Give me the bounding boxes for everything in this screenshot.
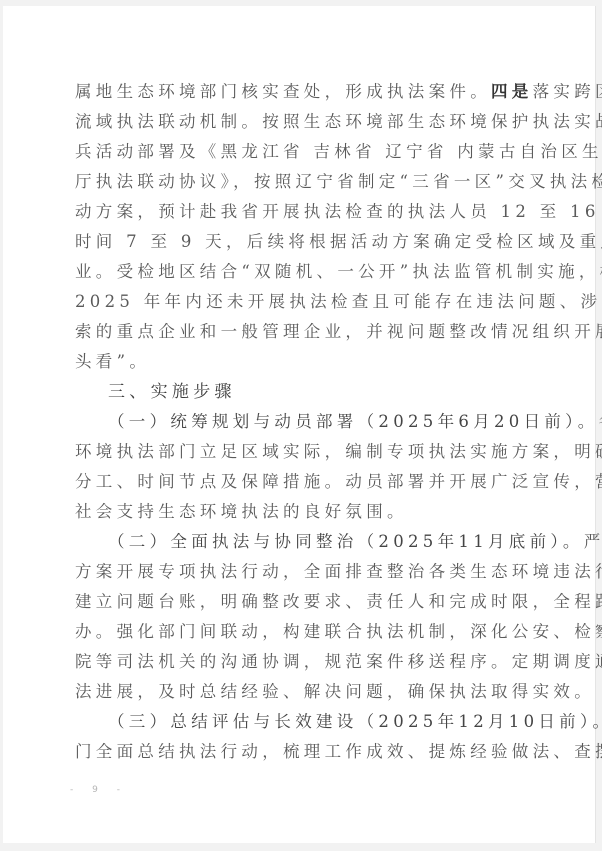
section-heading: 三、实施步骤 xyxy=(75,377,530,407)
bold-lead-text: 四是 xyxy=(491,82,533,101)
step-paragraph-3: （三）总结评估与长效建设（2025年12月10日前）。各级部 门全面总结执法行动… xyxy=(75,707,530,767)
section-heading-text: 三、实施步骤 xyxy=(75,377,530,407)
text-line: 方案开展专项执法行动，全面排查整治各类生态环境违法行为。 xyxy=(75,557,530,587)
step-title: （一）统筹规划与动员部署（2025年6月20日前）。 xyxy=(108,412,599,431)
page-number: - 9 - xyxy=(70,785,128,795)
text-line: （三）总结评估与长效建设（2025年12月10日前）。各级部 xyxy=(75,707,530,737)
text-line: （一）统筹规划与动员部署（2025年6月20日前）。各级生态 xyxy=(75,407,530,437)
text-line: 头看”。 xyxy=(75,347,530,377)
text-line: 业。受检地区结合“双随机、一公开”执法监管机制实施，梳理 xyxy=(75,257,530,287)
text-line: 动方案，预计赴我省开展执法检查的执法人员 12 至 16 名，活动 xyxy=(75,197,530,227)
step-title: （二）全面执法与协同整治（2025年11月底前）。 xyxy=(108,532,584,551)
step-paragraph-1: （一）统筹规划与动员部署（2025年6月20日前）。各级生态 环境执法部门立足区… xyxy=(75,407,530,527)
text-line: 分工、时间节点及保障措施。动员部署并开展广泛宣传，营造全 xyxy=(75,467,530,497)
text-line: 院等司法机关的沟通协调，规范案件移送程序。定期调度通报执 xyxy=(75,647,530,677)
text-line: 属地生态环境部门核实查处，形成执法案件。四是落实跨区域跨 xyxy=(75,77,530,107)
text-segment: 落实跨区域跨 xyxy=(533,82,602,101)
text-line: 厅执法联动协议》，按照辽宁省制定“三省一区”交叉执法检查活 xyxy=(75,167,530,197)
text-line: 建立问题台账，明确整改要求、责任人和完成时限，全程跟踪督 xyxy=(75,587,530,617)
text-line: 兵活动部署及《黑龙江省 吉林省 辽宁省 内蒙古自治区生态环境 xyxy=(75,137,530,167)
document-body: 属地生态环境部门核实查处，形成执法案件。四是落实跨区域跨 流域执法联动机制。按照… xyxy=(75,77,530,767)
text-line: 法进展，及时总结经验、解决问题，确保执法取得实效。 xyxy=(75,677,530,707)
paragraph-continuation: 属地生态环境部门核实查处，形成执法案件。四是落实跨区域跨 流域执法联动机制。按照… xyxy=(75,77,530,377)
text-line: 时间 7 至 9 天，后续将根据活动方案确定受检区域及重点行业企 xyxy=(75,227,530,257)
text-line: 社会支持生态环境执法的良好氛围。 xyxy=(75,497,530,527)
text-line: （二）全面执法与协同整治（2025年11月底前）。严格按照 xyxy=(75,527,530,557)
text-segment: 严格按照 xyxy=(584,532,602,551)
step-paragraph-2: （二）全面执法与协同整治（2025年11月底前）。严格按照 方案开展专项执法行动… xyxy=(75,527,530,707)
text-segment: 属地生态环境部门核实查处，形成执法案件。 xyxy=(75,82,491,101)
text-line: 门全面总结执法行动，梳理工作成效、提炼经验做法、查摆存在 xyxy=(75,737,530,767)
text-line: 2025 年年内还未开展执法检查且可能存在违法问题、涉嫌违法线 xyxy=(75,287,530,317)
text-line: 办。强化部门间联动，构建联合执法机制，深化公安、检察、法 xyxy=(75,617,530,647)
text-line: 环境执法部门立足区域实际，编制专项执法实施方案，明确目标、 xyxy=(75,437,530,467)
step-title: （三）总结评估与长效建设（2025年12月10日前）。 xyxy=(108,712,602,731)
text-line: 索的重点企业和一般管理企业，并视问题整改情况组织开展“回 xyxy=(75,317,530,347)
text-line: 流域执法联动机制。按照生态环境部生态环境保护执法实战大练 xyxy=(75,107,530,137)
text-segment: 各级生态 xyxy=(599,412,602,431)
document-page: 属地生态环境部门核实查处，形成执法案件。四是落实跨区域跨 流域执法联动机制。按照… xyxy=(3,6,596,843)
